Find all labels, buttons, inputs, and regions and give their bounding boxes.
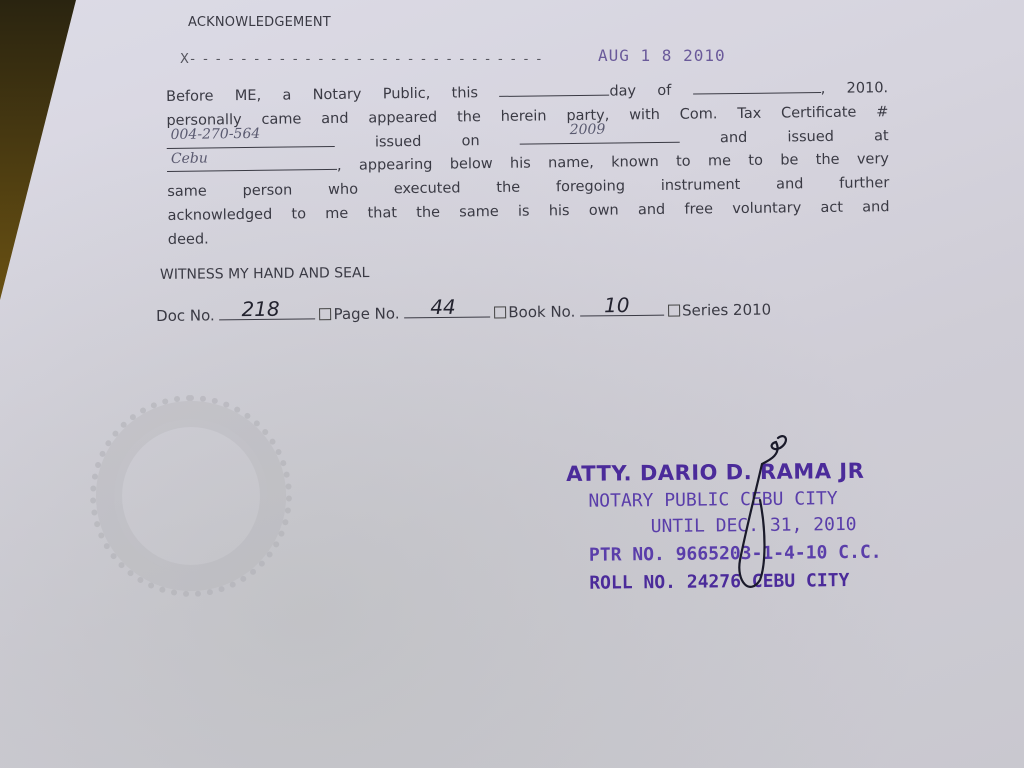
received-date-stamp: AUG 1 8 2010 xyxy=(598,46,726,65)
issued-on-handwritten: 2009 xyxy=(570,118,606,142)
signature-icon xyxy=(710,430,800,600)
document-heading: ACKNOWLEDGEMENT xyxy=(188,15,331,30)
checkbox-icon xyxy=(494,306,506,318)
ctc-number-field: 004-270-564 xyxy=(167,132,335,149)
para-text: Before ME, a Notary Public, this xyxy=(166,85,478,105)
book-no-handwritten: 10 xyxy=(604,293,630,317)
para-text: and issued at xyxy=(720,128,889,146)
doc-no-label: Doc No. xyxy=(156,306,215,325)
ctc-number-handwritten: 004-270-564 xyxy=(170,123,260,148)
embossed-seal xyxy=(90,395,292,597)
para-text: day of xyxy=(609,83,671,100)
doc-no-handwritten: 218 xyxy=(241,297,279,321)
acknowledgement-paragraph: Before ME, a Notary Public, this day of … xyxy=(166,77,890,252)
doc-no-field: 218 xyxy=(219,302,315,320)
book-no-field: 10 xyxy=(580,299,664,317)
month-blank xyxy=(693,78,821,95)
issued-at-field: Cebu xyxy=(167,155,337,172)
issued-on-field: 2009 xyxy=(520,127,680,144)
witness-line: WITNESS MY HAND AND SEAL xyxy=(160,265,369,283)
book-no-label: Book No. xyxy=(508,303,575,322)
para-text: , 2010. xyxy=(821,80,889,97)
page-no-handwritten: 44 xyxy=(430,295,456,319)
page-no-field: 44 xyxy=(404,301,490,319)
checkbox-icon xyxy=(668,305,680,317)
page-no-label: Page No. xyxy=(333,304,399,323)
series-label: Series 2010 xyxy=(682,301,771,320)
para-text: issued on xyxy=(375,133,480,150)
issued-at-handwritten: Cebu xyxy=(171,147,208,171)
day-blank xyxy=(499,81,609,97)
separator-line: X- - - - - - - - - - - - - - - - - - - -… xyxy=(180,52,543,67)
para-text: , appearing below his name, known to me … xyxy=(337,152,889,175)
checkbox-icon xyxy=(319,308,331,320)
